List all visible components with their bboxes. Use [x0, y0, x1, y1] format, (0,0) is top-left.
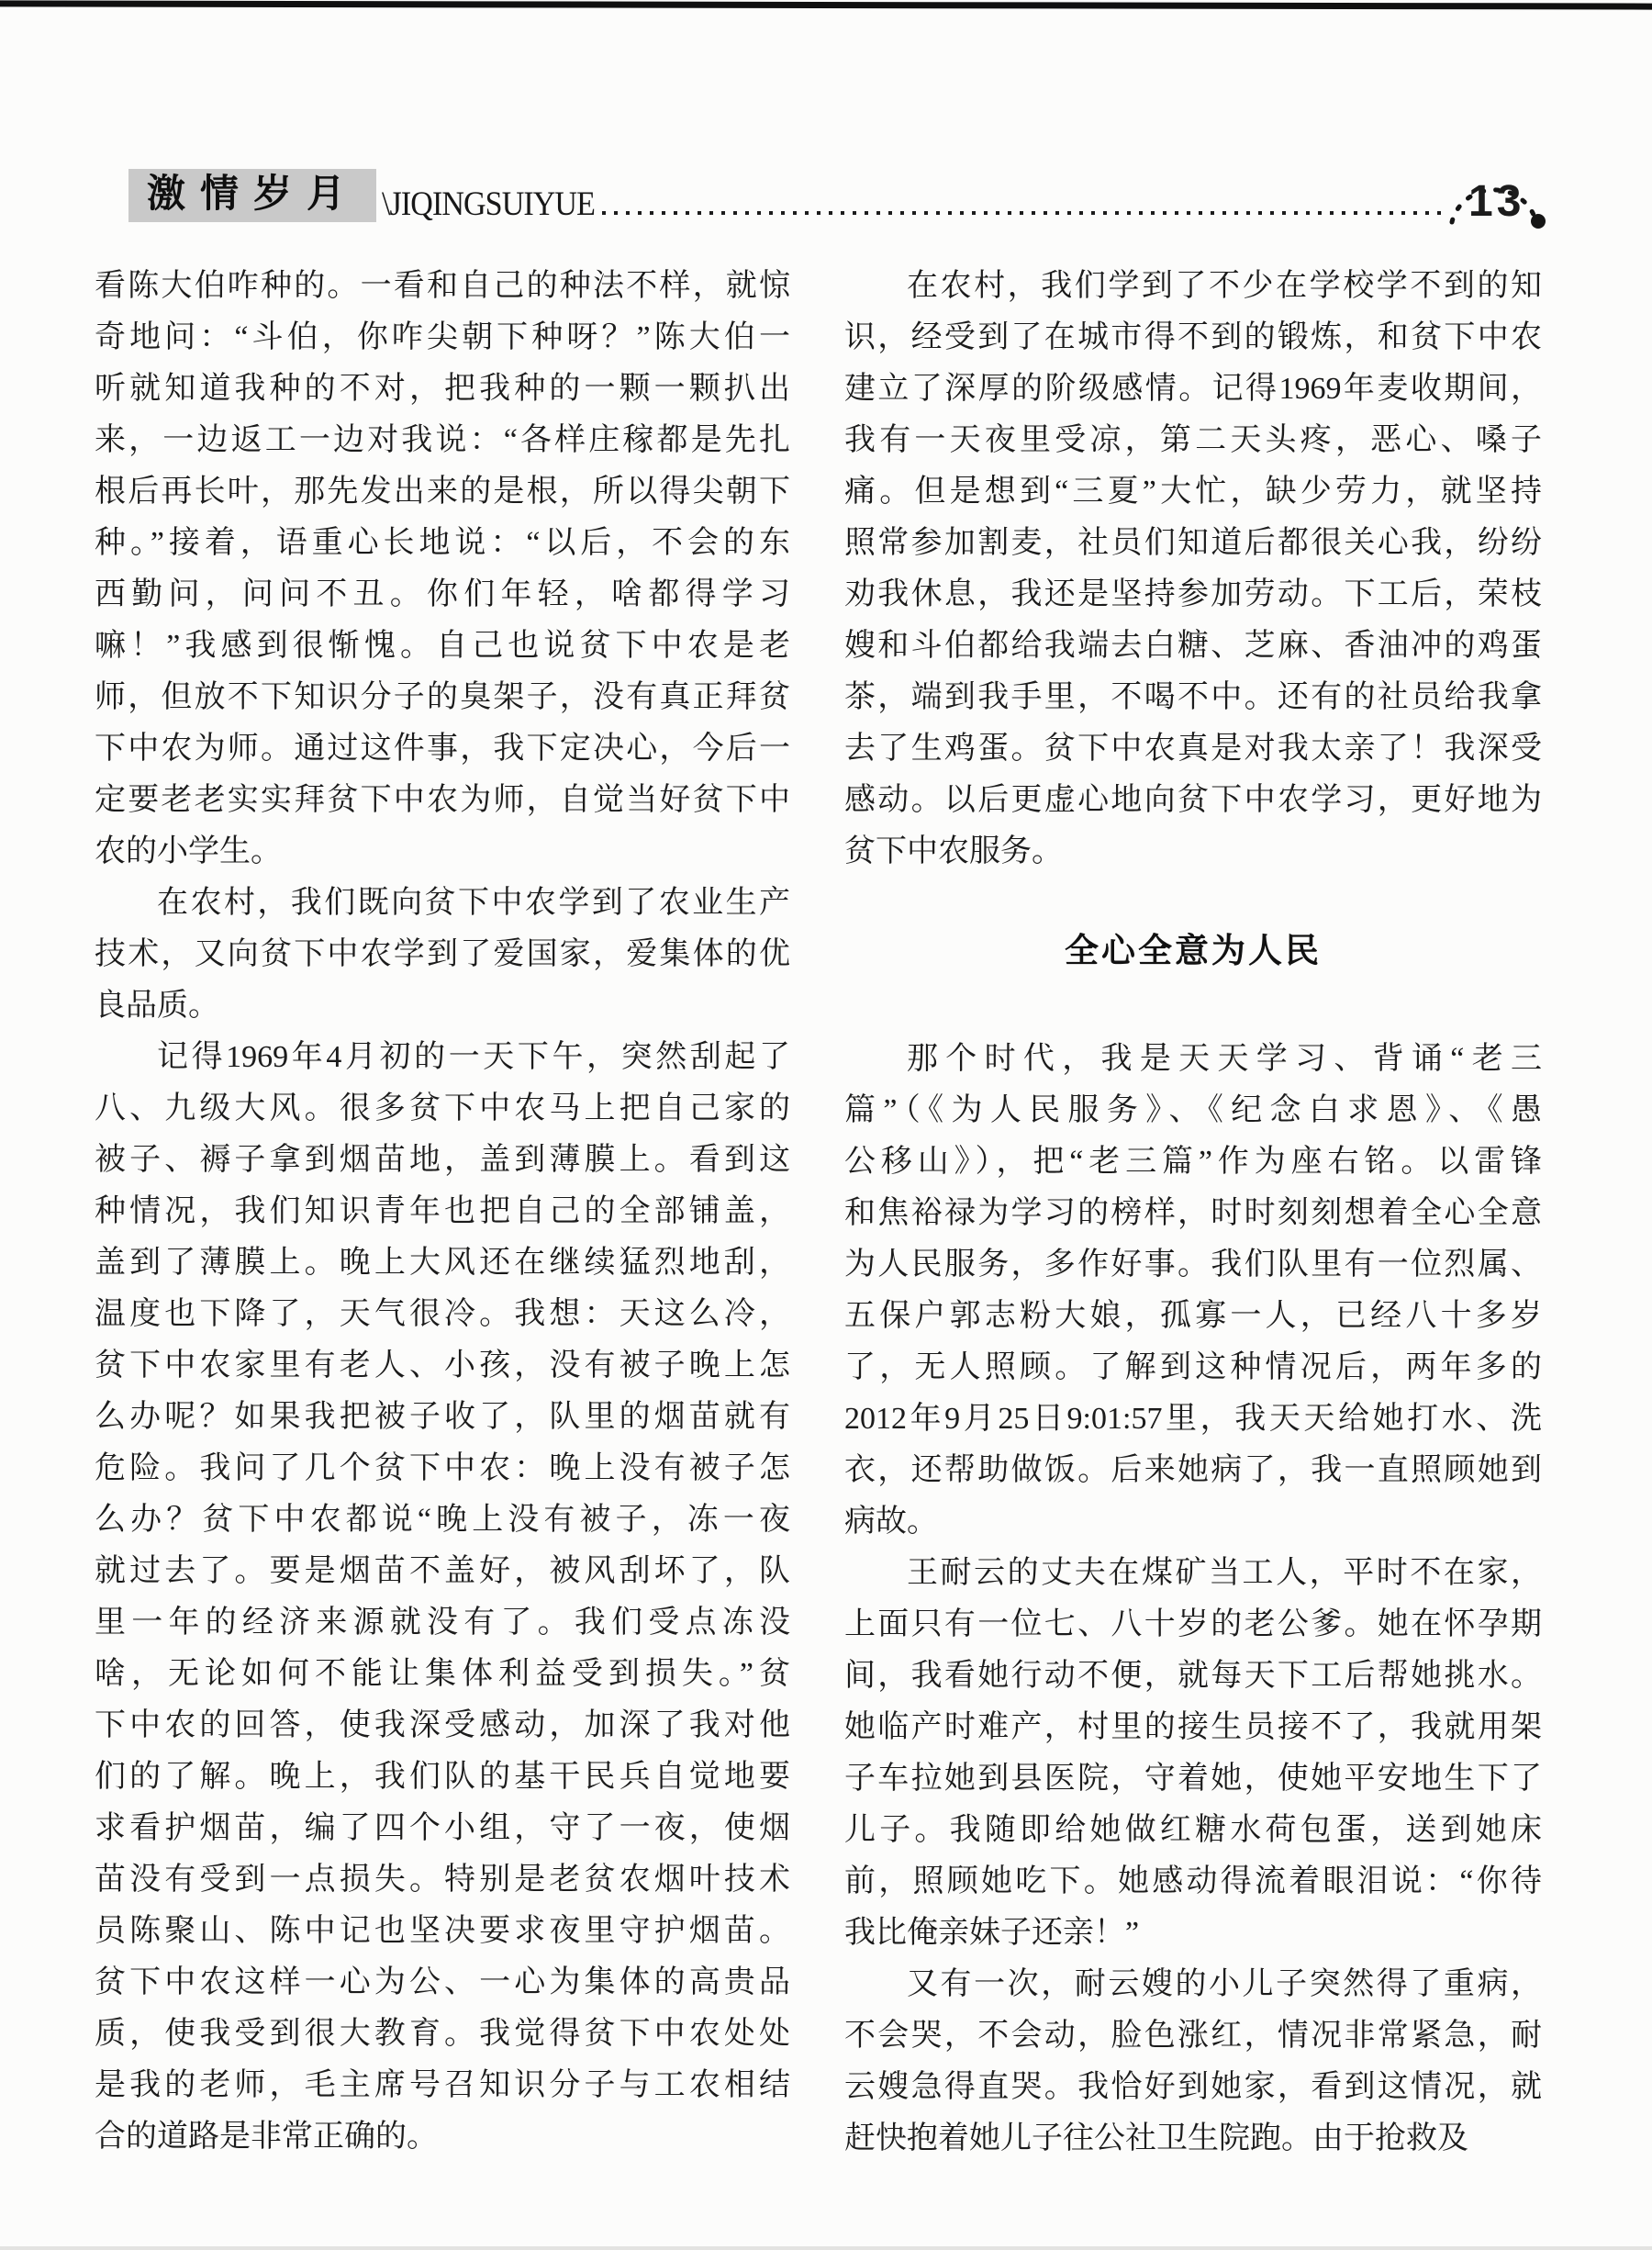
text-line: 五保户郭志粉大娘，孤寡一人，已经八十多岁: [844, 1291, 1542, 1342]
scan-top-edge-line: [0, 0, 1652, 9]
text-line: 那个时代，我是天天学习、背诵“老三: [844, 1034, 1542, 1085]
page-number-badge: 13: [1448, 163, 1549, 229]
scan-bottom-edge-line: [0, 2246, 1652, 2250]
text-line: 是我的老师，毛主席号召知识分子与工农相结: [95, 2060, 790, 2111]
left-column: 看陈大伯咋种的。一看和自己的种法不样，就惊奇地问：“斗伯，你咋尖朝下种呀？”陈大…: [95, 261, 790, 2163]
text-line: 篇”（《为人民服务》、《纪念白求恩》、《愚: [844, 1085, 1542, 1136]
text-line: 就过去了。要是烟苗不盖好，被风刮坏了，队: [95, 1546, 790, 1597]
text-line: 不会哭，不会动，脸色涨红，情况非常紧急，耐: [844, 2010, 1542, 2062]
text-line: 贫下中农服务。: [844, 826, 1542, 878]
text-line: 种。”接着，语重心长地说：“以后，不会的东: [95, 518, 790, 569]
right-column: 在农村，我们学到了不少在学校学不到的知识，经受到了在城市得不到的锻炼，和贫下中农…: [844, 261, 1542, 2165]
page-number: 13: [1468, 180, 1524, 224]
text-line: 看陈大伯咋种的。一看和自己的种法不样，就惊: [95, 261, 790, 312]
text-line: 贫下中农家里有老人、小孩，没有被子晚上怎: [95, 1340, 790, 1392]
text-line: 良品质。: [95, 980, 790, 1032]
text-line: 照常参加割麦，社员们知道后都很关心我，纷纷: [844, 518, 1542, 569]
text-line: 危险。我问了几个贫下中农：晚上没有被子怎: [95, 1443, 790, 1494]
text-line: 间，我看她行动不便，就每天下工后帮她挑水。: [844, 1651, 1542, 1702]
text-line: 茶，端到我手里，不喝不中。还有的社员给我拿: [844, 672, 1542, 723]
text-line: 温度也下降了，天气很冷。我想：天这么冷，: [95, 1289, 790, 1340]
text-line: 感动。以后更虚心地向贫下中农学习，更好地为: [844, 775, 1542, 826]
text-line: 公移山》），把“老三篇”作为座右铭。以雷锋: [844, 1136, 1542, 1188]
text-line: 啥，无论如何不能让集体利益受到损失。”贫: [95, 1649, 790, 1700]
text-line: 下中农为师。通过这件事，我下定决心，今后一: [95, 723, 790, 775]
dotted-leader-line: [602, 211, 1446, 215]
text-line: 种情况，我们知识青年也把自己的全部铺盖，: [95, 1186, 790, 1237]
text-line: 农的小学生。: [95, 826, 790, 878]
text-line: 来，一边返工一边对我说：“各样庄稼都是先扎: [95, 415, 790, 466]
text-line: 八、九级大风。很多贫下中农马上把自己家的: [95, 1083, 790, 1135]
text-line: 师，但放不下知识分子的臭架子，没有真正拜贫: [95, 672, 790, 723]
text-line: 奇地问：“斗伯，你咋尖朝下种呀？”陈大伯一: [95, 312, 790, 364]
paragraph: 王耐云的丈夫在煤矿当工人，平时不在家，上面只有一位七、八十岁的老公爹。她在怀孕期…: [844, 1548, 1542, 1959]
text-line: 么办？贫下中农都说“晚上没有被子，冻一夜: [95, 1494, 790, 1546]
paragraph: 又有一次，耐云嫂的小儿子突然得了重病，不会哭，不会动，脸色涨红，情况非常紧急，耐…: [844, 1959, 1542, 2165]
text-line: 质，使我受到很大教育。我觉得贫下中农处处: [95, 2009, 790, 2060]
text-line: 赶快抱着她儿子往公社卫生院跑。由于抢救及: [844, 2113, 1542, 2165]
paragraph: 那个时代，我是天天学习、背诵“老三篇”（《为人民服务》、《纪念白求恩》、《愚公移…: [844, 1034, 1542, 1548]
paragraph: 在农村，我们既向贫下中农学到了农业生产技术，又向贫下中农学到了爱国家，爱集体的优…: [95, 878, 790, 1032]
text-line: 求看护烟苗，编了四个小组，守了一夜，使烟: [95, 1803, 790, 1854]
text-line: 建立了深厚的阶级感情。记得1969年麦收期间，: [844, 364, 1542, 415]
text-line: 识，经受到了在城市得不到的锻炼，和贫下中农: [844, 312, 1542, 364]
paragraph: 看陈大伯咋种的。一看和自己的种法不样，就惊奇地问：“斗伯，你咋尖朝下种呀？”陈大…: [95, 261, 790, 878]
text-line: 贫下中农这样一心为公、一心为集体的高贵品: [95, 1957, 790, 2009]
text-line: 嘛！”我感到很惭愧。自己也说贫下中农是老: [95, 621, 790, 672]
text-line: 盖到了薄膜上。晚上大风还在继续猛烈地刮，: [95, 1237, 790, 1289]
text-line: 痛。但是想到“三夏”大忙，缺少劳力，就坚持: [844, 466, 1542, 518]
text-line: 去了生鸡蛋。贫下中农真是对我太亲了！我深受: [844, 723, 1542, 775]
text-line: 员陈聚山、陈中记也坚决要求夜里守护烟苗。: [95, 1906, 790, 1957]
text-line: 劝我休息，我还是坚持参加劳动。下工后，荣枝: [844, 569, 1542, 621]
text-line: 为人民服务，多作好事。我们队里有一位烈属、: [844, 1239, 1542, 1291]
text-line: 前，照顾她吃下。她感动得流着眼泪说：“你待: [844, 1856, 1542, 1908]
text-line: 定要老老实实拜贫下中农为师，自觉当好贫下中: [95, 775, 790, 826]
text-line: 苗没有受到一点损失。特别是老贫农烟叶技术: [95, 1854, 790, 1906]
text-line: 根后再长叶，那先发出来的是根，所以得尖朝下: [95, 466, 790, 518]
text-line: 和焦裕禄为学习的榜样，时时刻刻想着全心全意: [844, 1188, 1542, 1239]
text-line: 西勤问，问问不丑。你们年轻，啥都得学习: [95, 569, 790, 621]
text-line: 被子、褥子拿到烟苗地，盖到薄膜上。看到这: [95, 1135, 790, 1186]
text-line: 嫂和斗伯都给我端去白糖、芝麻、香油冲的鸡蛋: [844, 621, 1542, 672]
text-line: 王耐云的丈夫在煤矿当工人，平时不在家，: [844, 1548, 1542, 1599]
text-line: 2012年9月25日9:01:57里，我天天给她打水、洗: [844, 1394, 1542, 1445]
paragraph: 在农村，我们学到了不少在学校学不到的知识，经受到了在城市得不到的锻炼，和贫下中农…: [844, 261, 1542, 878]
text-line: 在农村，我们既向贫下中农学到了农业生产: [95, 878, 790, 929]
text-line: 上面只有一位七、八十岁的老公爹。她在怀孕期: [844, 1599, 1542, 1651]
text-line: 衣，还帮助做饭。后来她病了，我一直照顾她到: [844, 1445, 1542, 1496]
text-line: 云嫂急得直哭。我恰好到她家，看到这情况，就: [844, 2062, 1542, 2113]
paragraph: 记得1969年4月初的一天下午，突然刮起了八、九级大风。很多贫下中农马上把自己家…: [95, 1032, 790, 2163]
text-line: 儿子。我随即给她做红糖水荷包蛋，送到她床: [844, 1805, 1542, 1856]
magazine-logo-pinyin: \JIQINGSUIYUE: [382, 188, 595, 221]
text-line: 听就知道我种的不对，把我种的一颗一颗扒出: [95, 364, 790, 415]
text-line: 里一年的经济来源就没有了。我们受点冻没: [95, 1597, 790, 1649]
text-line: 技术，又向贫下中农学到了爱国家，爱集体的优: [95, 929, 790, 980]
text-line: 记得1969年4月初的一天下午，突然刮起了: [95, 1032, 790, 1083]
text-line: 了，无人照顾。了解到这种情况后，两年多的: [844, 1342, 1542, 1394]
text-line: 下中农的回答，使我深受感动，加深了我对他: [95, 1700, 790, 1752]
text-line: 们的了解。晚上，我们队的基干民兵自觉地要: [95, 1752, 790, 1803]
text-line: 在农村，我们学到了不少在学校学不到的知: [844, 261, 1542, 312]
text-line: 么办呢？如果我把被子收了，队里的烟苗就有: [95, 1392, 790, 1443]
text-line: 病故。: [844, 1496, 1542, 1548]
magazine-logo: 激情岁月: [128, 169, 376, 222]
text-line: 我有一天夜里受凉，第二天头疼，恶心、嗓子: [844, 415, 1542, 466]
magazine-scan-page: 激情岁月 \JIQINGSUIYUE 13 看陈大伯咋种的。一看和自己的种法不样…: [0, 0, 1652, 2250]
text-line: 我比俺亲妹子还亲！”: [844, 1908, 1542, 1959]
text-line: 又有一次，耐云嫂的小儿子突然得了重病，: [844, 1959, 1542, 2010]
page-header: 激情岁月 \JIQINGSUIYUE 13: [128, 165, 1549, 222]
section-heading: 全心全意为人民: [844, 927, 1542, 975]
text-line: 合的道路是非常正确的。: [95, 2111, 790, 2163]
text-line: 她临产时难产，村里的接生员接不了，我就用架: [844, 1702, 1542, 1753]
text-line: 子车拉她到县医院，守着她，使她平安地生下了: [844, 1753, 1542, 1805]
